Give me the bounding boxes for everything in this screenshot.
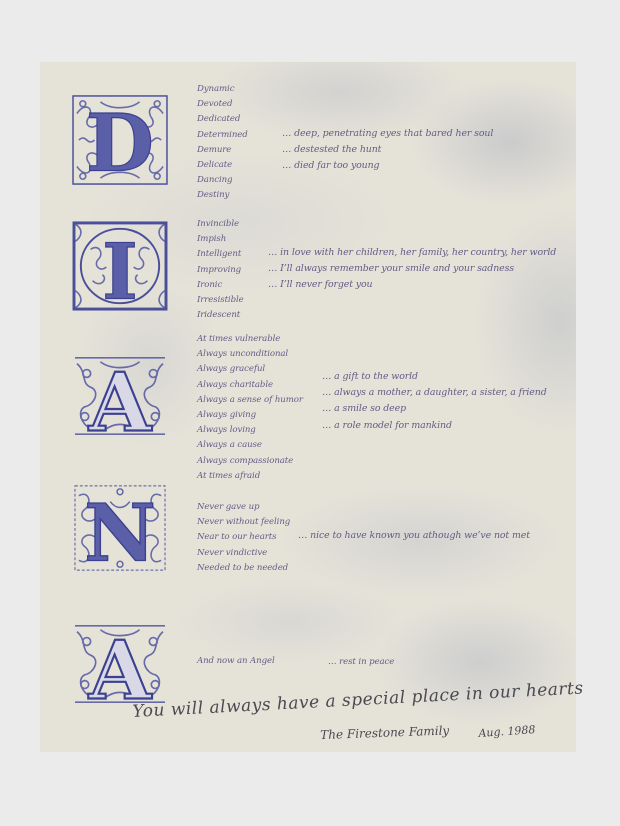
word: Near to our hearts xyxy=(197,530,290,545)
word: Delicate xyxy=(197,158,248,173)
phrase: … in love with her children, her family,… xyxy=(268,245,556,261)
word: Always unconditional xyxy=(197,347,303,362)
word-list-d: Dynamic Devoted Dedicated Determined Dem… xyxy=(197,82,248,204)
phrase: … I’ll never forget you xyxy=(268,277,556,293)
word: Destiny xyxy=(197,188,248,203)
illuminated-initial-a-final: A xyxy=(71,618,169,710)
word-list-a: At times vulnerable Always unconditional… xyxy=(197,332,303,484)
word: Needed to be needed xyxy=(197,561,290,576)
phrase: … died far too young xyxy=(282,158,493,174)
phrase: … a role model for mankind xyxy=(322,418,547,434)
ornament-a-final-icon: A xyxy=(71,618,169,710)
phrase: … a smile so deep xyxy=(322,401,547,417)
word: Always charitable xyxy=(197,378,303,393)
word: Dancing xyxy=(197,173,248,188)
word: Demure xyxy=(197,143,248,158)
word: Always a cause xyxy=(197,438,303,453)
handwritten-inscription: You will always have a special place in … xyxy=(132,678,584,722)
word: Ironic xyxy=(197,278,244,293)
handwritten-date: Aug. 1988 xyxy=(478,723,536,740)
word-list-a-final: And now an Angel xyxy=(197,654,275,669)
ornament-i-icon: I xyxy=(71,220,169,312)
phrase: … a gift to the world xyxy=(322,369,547,385)
word: Never without feeling xyxy=(197,515,290,530)
word: Always loving xyxy=(197,423,303,438)
phrase-list-a-final: … rest in peace xyxy=(328,654,394,670)
word: At times vulnerable xyxy=(197,332,303,347)
ornament-a-icon: A xyxy=(71,350,169,442)
word: Always graceful xyxy=(197,362,303,377)
word: And now an Angel xyxy=(197,654,275,669)
word: Never vindictive xyxy=(197,546,290,561)
word-list-n: Never gave up Never without feeling Near… xyxy=(197,500,290,576)
phrase: … I’ll always remember your smile and yo… xyxy=(268,261,556,277)
svg-text:I: I xyxy=(102,227,138,312)
word: Irresistible xyxy=(197,293,244,308)
word: Always a sense of humor xyxy=(197,393,303,408)
word: Determined xyxy=(197,128,248,143)
svg-text:N: N xyxy=(84,487,156,574)
word: Dynamic xyxy=(197,82,248,97)
phrase: … deep, penetrating eyes that bared her … xyxy=(282,126,493,142)
illuminated-initial-n: N xyxy=(71,482,169,574)
svg-text:D: D xyxy=(86,97,154,186)
word: Always giving xyxy=(197,408,303,423)
word: Improving xyxy=(197,263,244,278)
tribute-page: D Dynamic Devoted Dedicated Determined D… xyxy=(40,62,576,752)
word-list-i: Invincible Impish Intelligent Improving … xyxy=(197,217,244,323)
phrase-list-a: … a gift to the world … always a mother,… xyxy=(322,369,547,434)
handwritten-signature: The Firestone Family xyxy=(320,723,449,741)
phrase: … nice to have known you athough we’ve n… xyxy=(298,528,530,544)
phrase-list-n: … nice to have known you athough we’ve n… xyxy=(298,528,530,544)
word: Never gave up xyxy=(197,500,290,515)
word: Invincible xyxy=(197,217,244,232)
word: Iridescent xyxy=(197,308,244,323)
word: Dedicated xyxy=(197,112,248,127)
ornament-n-icon: N xyxy=(71,482,169,574)
illuminated-initial-i: I xyxy=(71,220,169,312)
phrase-list-d: … deep, penetrating eyes that bared her … xyxy=(282,126,493,175)
word: Always compassionate xyxy=(197,454,303,469)
phrase-list-i: … in love with her children, her family,… xyxy=(268,245,556,294)
word: Intelligent xyxy=(197,247,244,262)
ornament-d-icon: D xyxy=(71,94,169,186)
phrase: … rest in peace xyxy=(328,654,394,670)
illuminated-initial-a: A xyxy=(71,350,169,442)
word: Devoted xyxy=(197,97,248,112)
word: Impish xyxy=(197,232,244,247)
phrase: … destested the hunt xyxy=(282,142,493,158)
phrase: … always a mother, a daughter, a sister,… xyxy=(322,385,547,401)
word: At times afraid xyxy=(197,469,303,484)
illuminated-initial-d: D xyxy=(71,94,169,186)
svg-text:A: A xyxy=(88,355,153,442)
svg-text:A: A xyxy=(88,623,153,710)
